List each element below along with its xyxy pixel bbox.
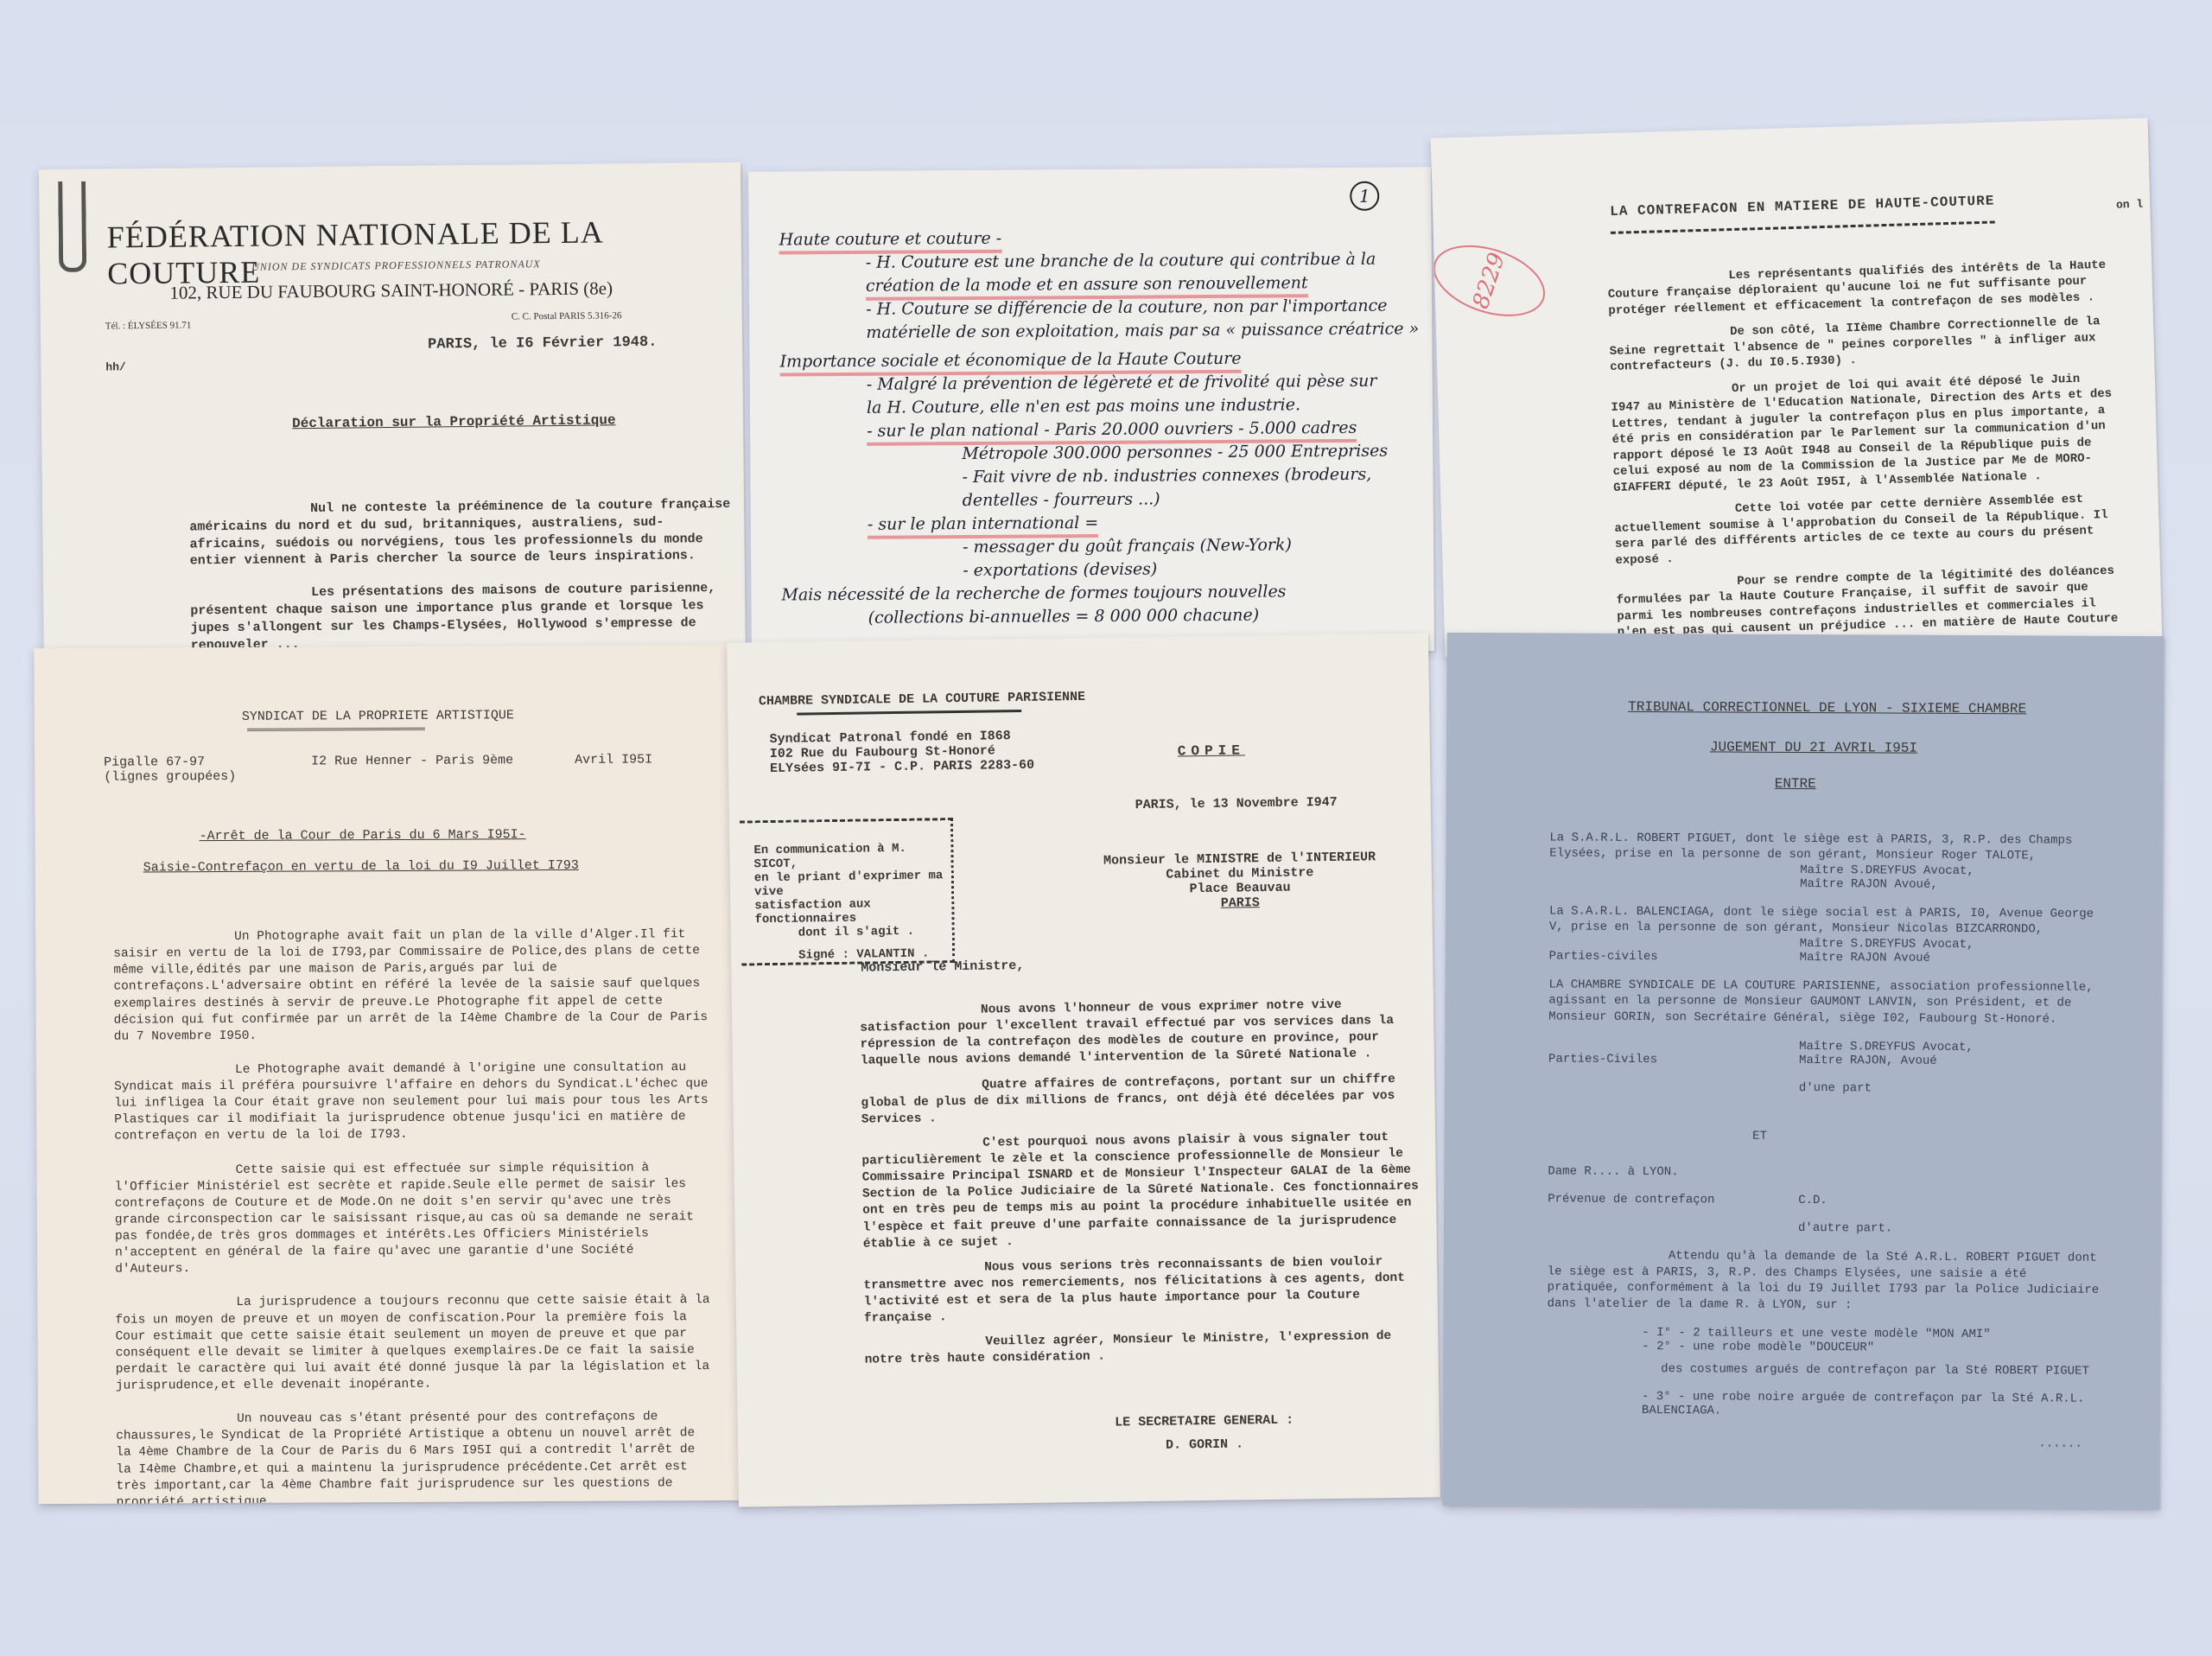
- paperclip-icon: [58, 182, 86, 272]
- note-line: - Fait vivre de nb. industries connexes …: [780, 462, 1411, 490]
- document-title: LA CONTREFACON EN MATIERE DE HAUTE-COUTU…: [1610, 194, 1995, 234]
- letterhead-phone: Pigalle 67-97 (lignes groupées): [104, 755, 236, 785]
- one-part-label: d'une part: [1548, 1080, 2101, 1097]
- and-label: ET: [1548, 1129, 2101, 1145]
- party-piguet: La S.A.R.L. ROBERT PIGUET, dont le siège…: [1549, 830, 2102, 864]
- document-body: Les représentants qualifiés des intérêts…: [1607, 258, 2119, 657]
- copy-label: COPIE: [1178, 742, 1245, 759]
- letterhead-org: CHAMBRE SYNDICALE DE LA COUTURE PARISIEN…: [759, 690, 1085, 709]
- between-label: ENTRE: [1775, 776, 1816, 792]
- margin-text: on l: [2116, 198, 2144, 212]
- paragraph: Veuillez agréer, Monsieur le Ministre, l…: [864, 1328, 1426, 1369]
- paragraph: Or un projet de loi qui avait été déposé…: [1611, 371, 2114, 496]
- handwritten-notes: Haute couture et couture - - H. Couture …: [779, 224, 1413, 630]
- signature-block: LE SECRETAIRE GENERAL : D. GORIN .: [1109, 1413, 1300, 1454]
- note-line: en le priant d'exprimer ma vive: [754, 869, 951, 899]
- seized-item: - 2° - une robe modèle "DOUCEUR": [1642, 1340, 2100, 1356]
- party-label: Parties-Civiles: [1548, 1053, 1799, 1068]
- party-balenciaga: La S.A.R.L. BALENCIAGA, dont le siège so…: [1549, 903, 2102, 938]
- note-line: dont il s'agit .: [755, 924, 952, 940]
- paragraph: Un Photographe avait fait un plan de la …: [113, 927, 710, 1045]
- document-title: Déclaration sur la Propriété Artistique: [292, 412, 616, 431]
- paragraph: Cette loi votée par cette dernière Assem…: [1614, 491, 2117, 569]
- letterhead-address: I2 Rue Henner - Paris 9ème: [311, 753, 513, 768]
- document-body: Nul ne conteste la prééminence de la cou…: [189, 496, 735, 654]
- paragraph: Les présentations des maisons de couture…: [190, 580, 735, 654]
- paragraph: Les représentants qualifiés des intérêts…: [1607, 258, 2109, 320]
- recipient-address: Monsieur le MINISTRE de l'INTERIEUR Cabi…: [1093, 850, 1388, 913]
- header-divider: [797, 710, 1021, 716]
- seized-items: - I° - 2 tailleurs et une veste modèle "…: [1547, 1326, 2101, 1420]
- signature-title: LE SECRETAIRE GENERAL :: [1109, 1413, 1300, 1430]
- note-line: satisfaction aux fonctionnaires: [754, 896, 951, 927]
- document-tribunal-lyon-judgment: TRIBUNAL CORRECTIONNEL DE LYON - SIXIEME…: [1442, 633, 2164, 1509]
- document-contrefacon-haute-couture: 8229 LA CONTREFACON EN MATIERE DE HAUTE-…: [1431, 118, 2162, 657]
- party-chambre-syndicale: LA CHAMBRE SYNDICALE DE LA COUTURE PARIS…: [1548, 977, 2101, 1028]
- signature-name: D. GORIN .: [1109, 1436, 1300, 1454]
- party-label: Parties-civiles: [1549, 949, 1800, 965]
- recital: Attendu qu'à la demande de la Sté A.R.L.…: [1548, 1248, 2101, 1315]
- letterhead-address: 102, RUE DU FAUBOURG SAINT-HONORÉ - PARI…: [169, 277, 613, 303]
- paragraph: Un nouveau cas s'étant présenté pour des…: [116, 1409, 713, 1504]
- defendant: Dame R.... à LYON.: [1548, 1165, 2101, 1181]
- header-divider: [247, 728, 425, 731]
- paragraph: Le Photographe avait demandé à l'origine…: [114, 1060, 710, 1145]
- letter-reference: hh/: [105, 360, 126, 373]
- judgment-body: La S.A.R.L. ROBERT PIGUET, dont le siège…: [1547, 830, 2103, 1450]
- note-line: En communication à M. SICOT,: [753, 841, 950, 871]
- judgment-date: JUGEMENT DU 2I AVRIL I95I: [1710, 739, 1917, 755]
- recipient-line: PARIS: [1093, 894, 1387, 913]
- paragraph: Cette saisie qui est effectuée sur simpl…: [115, 1160, 712, 1278]
- continuation-dots: ......: [1547, 1435, 2100, 1451]
- document-body: Un Photographe avait fait un plan de la …: [113, 927, 713, 1504]
- counsel-line: Maître RAJON, Avoué: [1799, 1054, 1937, 1068]
- note-line: - Malgré la prévention de légèreté et de…: [780, 369, 1411, 397]
- seized-item: - 3° - une robe noire arguée de contrefa…: [1642, 1390, 2100, 1420]
- communication-note-box: En communication à M. SICOT, en le prian…: [740, 818, 955, 965]
- note-line: (collections bi-annuelles = 8 000 000 ch…: [782, 602, 1413, 630]
- charge-line: Prévenue de contrefaçon C.D.: [1548, 1193, 2101, 1209]
- charge: Prévenue de contrefaçon: [1548, 1193, 1798, 1208]
- charge-code: C.D.: [1798, 1194, 1827, 1207]
- phone-note: (lignes groupées): [104, 769, 236, 785]
- paragraph: Quatre affaires de contrefaçons, portant…: [861, 1071, 1423, 1128]
- document-federation-declaration: FÉDÉRATION NATIONALE DE LA COUTURE UNION…: [39, 162, 746, 671]
- paragraph: Nous vous serions très reconnaissants de…: [863, 1253, 1426, 1328]
- letterhead-info: Syndicat Patronal fondé en I868 I02 Rue …: [770, 729, 1035, 776]
- letterhead-postal-account: C. C. Postal PARIS 5.316-26: [512, 310, 622, 322]
- letterhead-org: SYNDICAT DE LA PROPRIETE ARTISTIQUE: [242, 708, 514, 724]
- other-part-label: d'autre part.: [1548, 1220, 2101, 1237]
- document-chambre-syndicale-letter: CHAMBRE SYNDICALE DE LA COUTURE PARISIEN…: [727, 633, 1440, 1506]
- info-line: ELYsées 9I-7I - C.P. PARIS 2283-60: [770, 758, 1034, 776]
- note-line: matérielle de son exploitation, mais par…: [779, 317, 1410, 345]
- paragraph: Nous avons l'honneur de vous exprimer no…: [860, 997, 1422, 1071]
- paragraph: La jurisprudence a toujours reconnu que …: [115, 1292, 712, 1394]
- document-handwritten-notes: 1 Haute couture et couture - - H. Coutur…: [748, 167, 1434, 656]
- letter-date: Avril I95I: [575, 752, 652, 767]
- letter-date: PARIS, le 13 Novembre I947: [1135, 795, 1338, 812]
- court-title: TRIBUNAL CORRECTIONNEL DE LYON - SIXIEME…: [1628, 699, 2026, 717]
- document-body: Nous avons l'honneur de vous exprimer no…: [860, 997, 1427, 1379]
- document-syndicat-propriete-artistique: SYNDICAT DE LA PROPRIETE ARTISTIQUE Piga…: [34, 645, 747, 1504]
- seized-items-note: des costumes argués de contrefaçon par l…: [1642, 1362, 2100, 1379]
- letterhead-phone: Tél. : ÉLYSÉES 91.71: [105, 320, 192, 331]
- salutation: Monsieur le Ministre,: [861, 959, 1024, 976]
- red-stamp: 8229: [1431, 232, 1554, 330]
- counsel-line: Maître RAJON Avoué: [1800, 951, 1930, 965]
- paragraph: De son côté, la IIème Chambre Correction…: [1609, 314, 2111, 376]
- document-title: -Arrêt de la Cour de Paris du 6 Mars I95…: [200, 827, 526, 844]
- page-number: 1: [1350, 182, 1379, 211]
- document-subtitle: Saisie-Contrefaçon en vertu de la loi du…: [143, 858, 579, 876]
- paragraph: Nul ne conteste la prééminence de la cou…: [189, 496, 734, 570]
- counsel-line: Maître RAJON Avoué,: [1549, 876, 2102, 892]
- note-line: - H. Couture est une branche de la coutu…: [779, 247, 1410, 275]
- phone-number: Pigalle 67-97: [104, 755, 236, 770]
- paragraph: C'est pourquoi nous avons plaisir à vous…: [861, 1129, 1425, 1252]
- letter-date: PARIS, le I6 Février 1948.: [428, 334, 657, 353]
